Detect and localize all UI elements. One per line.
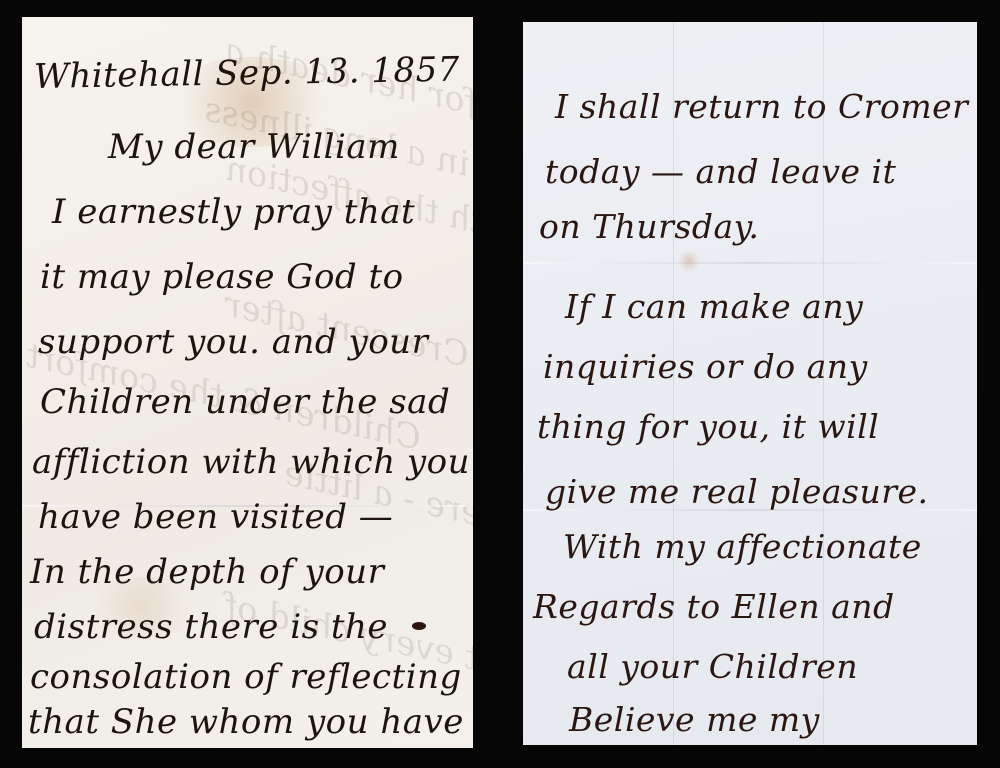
letter-line: I shall return to Cromer [555, 87, 968, 126]
letter-line: give me real pleasure. [545, 472, 929, 511]
letter-line: that She whom you have [28, 702, 464, 742]
letter-line: I earnestly pray that [52, 192, 415, 232]
letter-line: on Thursday. [539, 207, 759, 246]
letter-line: Regards to Ellen and [533, 587, 895, 626]
letter-line: With my affectionate [563, 527, 922, 566]
letter-line: If I can make any [565, 287, 863, 326]
ink-blot [412, 622, 426, 630]
letter-line: have been visited — [38, 497, 393, 537]
letter-line: it may please God to [40, 257, 404, 297]
letter-line: Believe me my [569, 700, 820, 739]
letter-line: affliction with which you [32, 442, 470, 482]
letter-page-right: I shall return to Cromer today — and lea… [523, 22, 977, 745]
letter-line: all your Children [567, 647, 858, 686]
paper-stain [678, 250, 700, 272]
letter-line: today — and leave it [545, 152, 896, 191]
letter-line: Children under the sad [40, 382, 450, 422]
letter-heading-place-date: Whitehall Sep. 13. 1857 [34, 50, 461, 97]
letter-line: consolation of reflecting [30, 657, 462, 697]
letter-page-left: for her death a in a long illness she wi… [22, 17, 473, 748]
letter-line: thing for you, it will [537, 407, 879, 446]
letter-line: In the depth of your [30, 552, 384, 592]
letter-line: support you. and your [38, 322, 428, 362]
letter-line: distress there is the [34, 607, 388, 647]
letter-salutation: My dear William [108, 127, 400, 167]
letter-line: inquiries or do any [543, 347, 868, 386]
paper-fold [523, 262, 977, 264]
